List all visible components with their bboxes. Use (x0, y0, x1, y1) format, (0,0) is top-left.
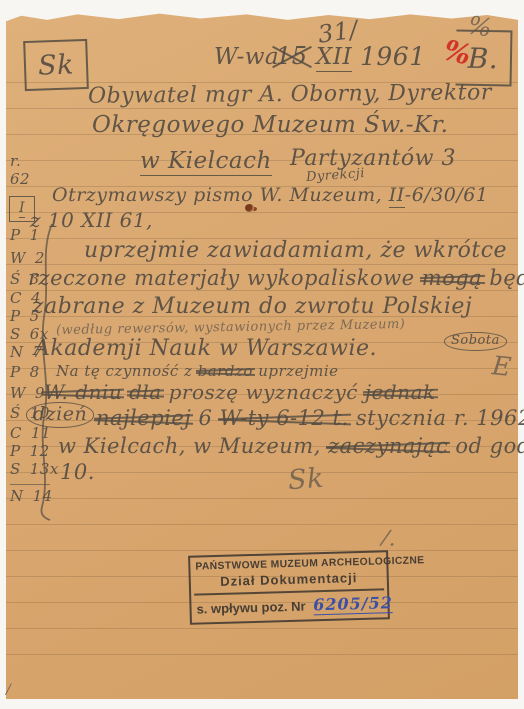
signature: Sk (287, 463, 325, 496)
date-city: W-wa (214, 44, 279, 70)
crossed-word-jednak: jednak (365, 380, 436, 404)
body-line2: rzeczone materjały wykopaliskowe mogą bę… (28, 266, 524, 290)
body-line1: uprzejmie zawiadamiam, że wkrótce (84, 238, 507, 263)
stamp-department: Dział Dokumentacji (196, 569, 382, 589)
recipient-line2: Okręgowego Muzeum Św.-Kr. (92, 112, 448, 138)
crossed-word-zaczynajac: zaczynając (328, 434, 448, 458)
date-correction-line: najlepiej 6 W-ty 6-12 t. stycznia r. 196… (96, 406, 524, 430)
margin-year: 62 (10, 170, 50, 188)
recipient-place: w Kielcach (140, 148, 272, 176)
date-day-crossed: 15 (276, 42, 308, 70)
ref-line: Otrzymawszy pismo W. Muzeum, II-6/30/61 (52, 184, 488, 206)
body-line3: zabrane z Muzeum do zwrotu Polskiej (32, 294, 472, 319)
sk-initials: Sk (38, 49, 75, 81)
crossed-word-bardzo: bardzo (198, 362, 253, 380)
loc-a: w Kielcach, w Muzeum, (58, 434, 321, 458)
date-year: 1961 (360, 42, 426, 71)
location-line: w Kielcach, w Muzeum, zaczynając od godz… (58, 434, 524, 458)
body-line2-text: rzeczone materjały wykopaliskowe (28, 266, 415, 290)
corr1-a: Na tę czynność z (56, 362, 192, 380)
e-flourish-mark: E (490, 351, 513, 383)
date-month: XII (316, 44, 352, 72)
margin-brace (34, 222, 62, 522)
crossed-date-range: W-ty 6-12 t. (220, 406, 349, 430)
ref-roman: II (389, 184, 405, 208)
check-mark: /. (380, 525, 398, 551)
margin-month: I (19, 200, 25, 218)
loc-b: od godz. (455, 434, 524, 458)
ref-part-b: Muzeum, (289, 184, 382, 206)
crossed-word-moga: mogą (422, 266, 483, 290)
body-line2-end: będą (489, 266, 524, 290)
sk-initials-box: Sk (23, 39, 89, 91)
recipient-line1: Obywatel mgr A. Oborny, Dyrektor (88, 80, 492, 109)
hour-line: 10. (60, 460, 95, 484)
chosen-day-number: 6 (199, 406, 213, 430)
crossed-word-najlepiej: najlepiej (96, 406, 191, 430)
corr-line2: W. dniu dla proszę wyznaczyć jednak (44, 380, 436, 404)
body-line4: Akademji Nauk w Warszawie. (34, 336, 377, 361)
margin-year-abbr: r. (10, 152, 50, 170)
scanned-document: Sk B. 31/ W-wa 15 XII 1961 % % Obywatel … (0, 0, 524, 709)
corr2-main: proszę wyznaczyć (169, 380, 358, 404)
corr1-b: uprzejmie (258, 362, 338, 380)
month-year-text: stycznia r. 1962 (356, 406, 524, 430)
ref-part-a: Otrzymawszy pismo W. (52, 184, 283, 206)
recipient-street: Partyzantów 3 (290, 146, 456, 171)
crossed-word-dla: dla (129, 380, 162, 404)
corner-mark: / (6, 682, 11, 698)
margin-month-box: I (9, 196, 35, 222)
sobota-note: Sobota (444, 332, 507, 351)
stamp-entry-label: s. wpływu poz. Nr (196, 599, 305, 617)
ref-number: -6/30/61 (405, 184, 489, 206)
corr-line1: Na tę czynność z bardzo uprzejmie (56, 362, 339, 380)
stamp-entry-number: 6205/52 (313, 593, 393, 615)
registry-stamp: PAŃSTWOWE MUZEUM ARCHEOLOGICZNE Dział Do… (188, 550, 390, 625)
